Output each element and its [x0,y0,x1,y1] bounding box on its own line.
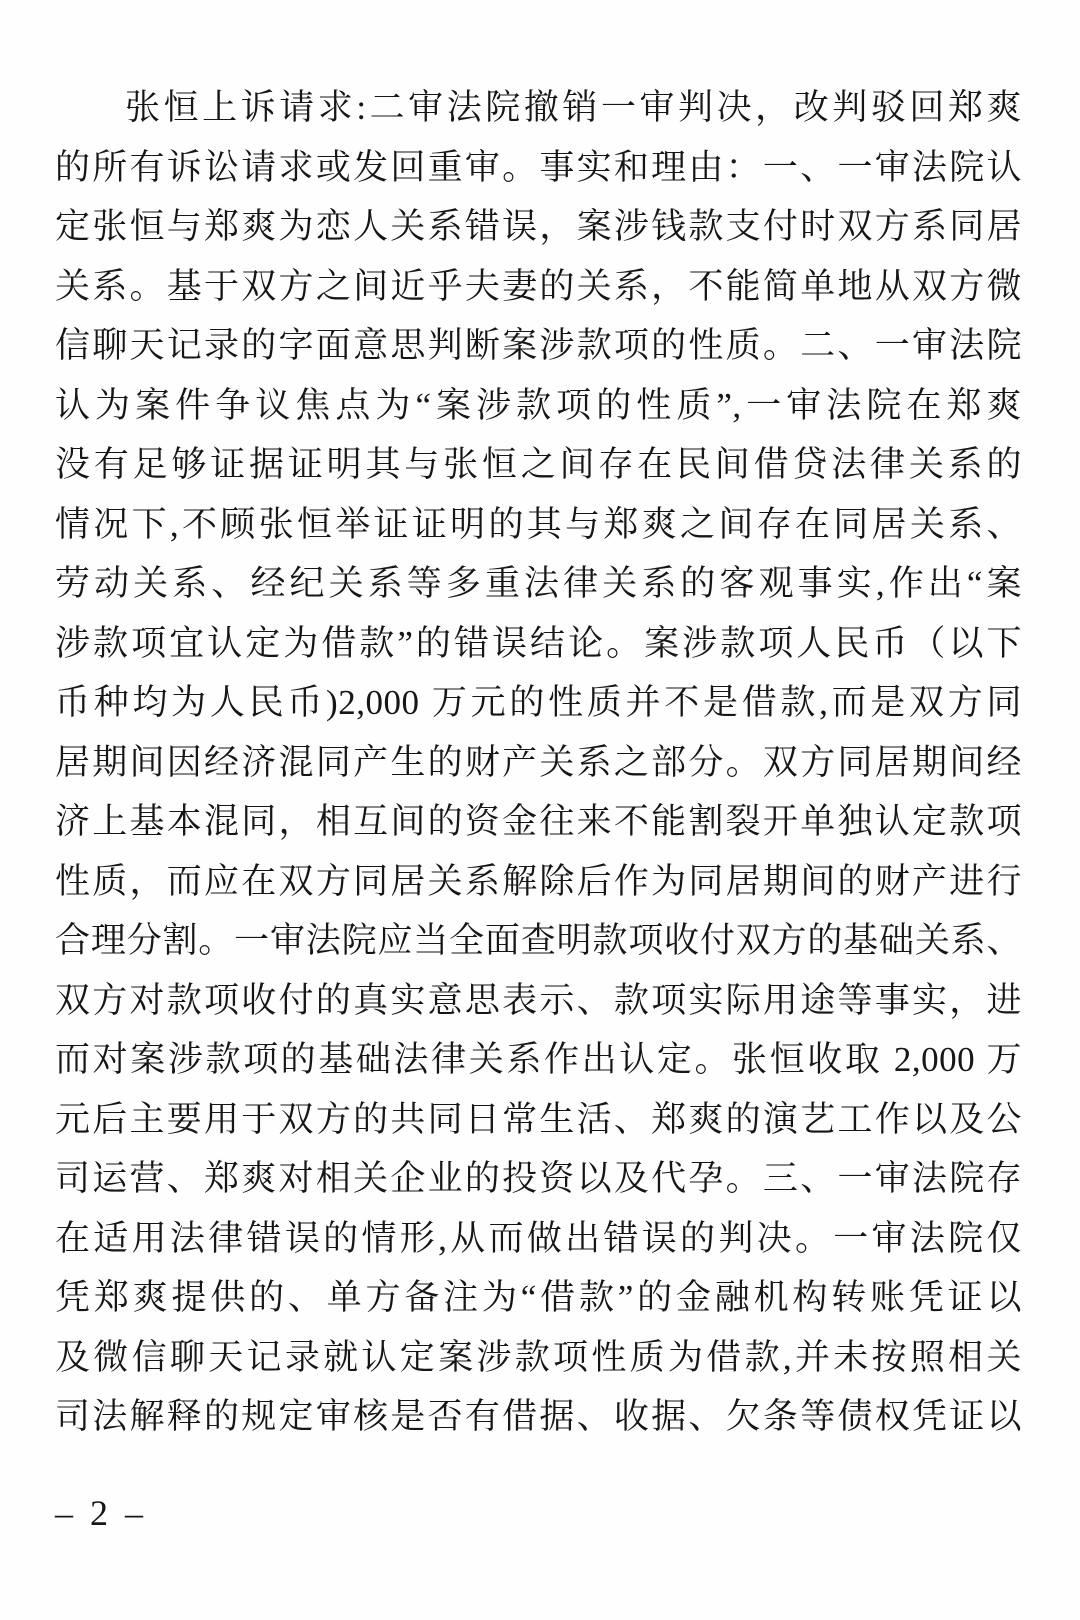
text-line: 司法解释的规定审核是否有借据、收据、欠条等债权凭证以 [55,1387,1022,1447]
text-line: 元后主要用于双方的共同日常生活、郑爽的演艺工作以及公 [55,1090,1022,1150]
text-line: 定张恒与郑爽为恋人关系错误，案涉钱款支付时双方系同居 [55,197,1022,257]
text-line: 合理分割。一审法院应当全面查明款项收付双方的基础关系、 [55,911,1022,971]
text-line: 情况下,不顾张恒举证证明的其与郑爽之间存在同居关系、 [55,495,1022,555]
text-line: 关系。基于双方之间近乎夫妻的关系，不能简单地从双方微 [55,257,1022,317]
text-line: 性质，而应在双方同居关系解除后作为同居期间的财产进行 [55,852,1022,912]
text-line: 币种均为人民币)2,000 万元的性质并不是借款,而是双方同 [55,673,1022,733]
document-page: 张恒上诉请求:二审法院撤销一审判决，改判驳回郑爽的所有诉讼请求或发回重审。事实和… [0,0,1080,1620]
page-number: – 2 – [55,1488,147,1538]
text-line: 济上基本混同，相互间的资金往来不能割裂开单独认定款项 [55,792,1022,852]
text-line: 双方对款项收付的真实意思表示、款项实际用途等事实，进 [55,971,1022,1031]
text-line: 信聊天记录的字面意思判断案涉款项的性质。二、一审法院 [55,316,1022,376]
text-line: 及微信聊天记录就认定案涉款项性质为借款,并未按照相关 [55,1328,1022,1388]
text-line: 而对案涉款项的基础法律关系作出认定。张恒收取 2,000 万 [55,1030,1022,1090]
text-line: 的所有诉讼请求或发回重审。事实和理由：一、一审法院认 [55,138,1022,198]
text-line: 张恒上诉请求:二审法院撤销一审判决，改判驳回郑爽 [55,78,1022,138]
text-line: 认为案件争议焦点为“案涉款项的性质”,一审法院在郑爽 [55,376,1022,436]
text-line: 在适用法律错误的情形,从而做出错误的判决。一审法院仅 [55,1209,1022,1269]
text-line: 司运营、郑爽对相关企业的投资以及代孕。三、一审法院存 [55,1149,1022,1209]
text-line: 劳动关系、经纪关系等多重法律关系的客观事实,作出“案 [55,554,1022,614]
text-line: 居期间因经济混同产生的财产关系之部分。双方同居期间经 [55,733,1022,793]
text-line: 没有足够证据证明其与张恒之间存在民间借贷法律关系的 [55,435,1022,495]
text-line: 凭郑爽提供的、单方备注为“借款”的金融机构转账凭证以 [55,1268,1022,1328]
text-line: 涉款项宜认定为借款”的错误结论。案涉款项人民币（以下 [55,614,1022,674]
judgment-body-text: 张恒上诉请求:二审法院撤销一审判决，改判驳回郑爽的所有诉讼请求或发回重审。事实和… [55,78,1022,1447]
